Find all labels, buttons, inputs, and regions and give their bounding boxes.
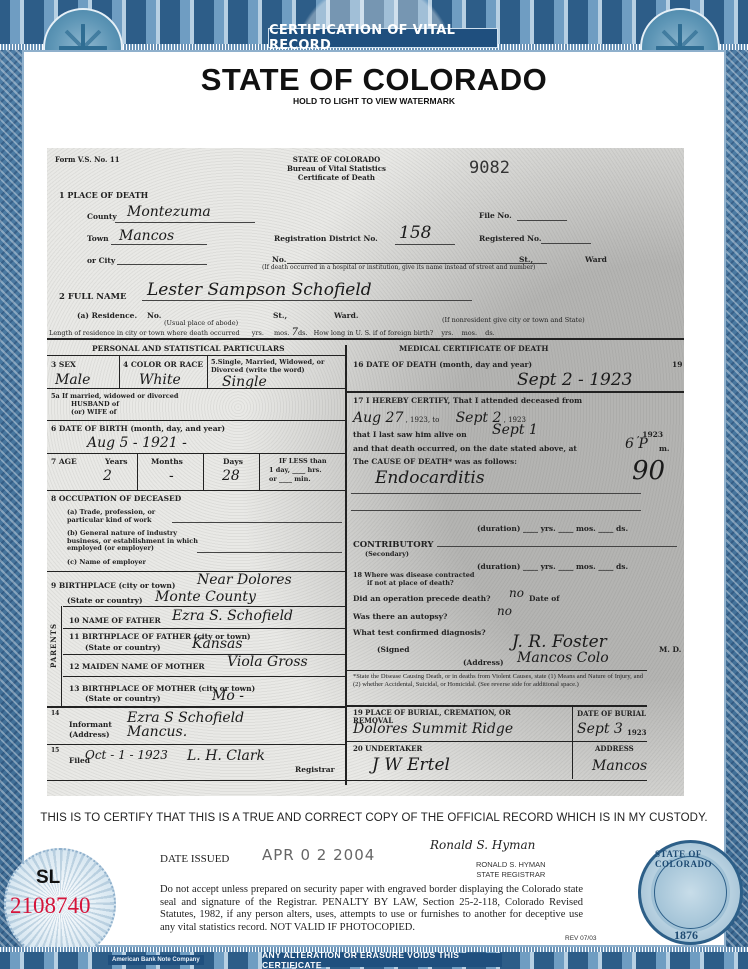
contracted-label: 18 Where was disease contracted if not a… <box>353 572 474 587</box>
informant-address-label: (Address) <box>69 730 110 739</box>
certification-statement: THIS IS TO CERTIFY THAT THIS IS A TRUE A… <box>0 812 748 824</box>
sex-label: 3 SEX <box>51 360 76 369</box>
cause-code: 90 <box>632 456 665 486</box>
months-label: Months <box>151 457 183 466</box>
birthplace-state-value: Monte County <box>155 589 256 605</box>
months-value: - <box>169 468 174 484</box>
parents-label: PARENTS <box>49 623 58 668</box>
place-of-death-label: 1 PLACE OF DEATH <box>59 190 148 200</box>
duration-row-2: (duration) ____ yrs. ____ mos. ____ ds. <box>477 562 628 571</box>
certify-label: 17 I HEREBY CERTIFY, That I attended dec… <box>353 396 582 405</box>
operation-label: Did an operation precede death? <box>353 594 490 603</box>
registered-no-label: Registered No. <box>479 234 541 243</box>
seal-year: 1876 <box>674 928 698 943</box>
burial-place-value: Dolores Summit Ridge <box>353 721 513 737</box>
registrar-name: RONALD S. HYMAN <box>476 860 546 870</box>
colorado-state-seal-icon: STATE OF COLORADO 1876 <box>638 840 743 945</box>
meridiem-label: m. <box>659 444 670 453</box>
date-issued-stamp: APR 0 2 2004 <box>262 846 375 864</box>
city-label: or City <box>87 256 115 265</box>
date-of-death-label: 16 DATE OF DEATH (month, day and year) <box>353 360 532 369</box>
town-value: Mancos <box>119 228 174 244</box>
abode-note: (Usual place of abode) <box>164 319 238 327</box>
undertaker-address-value: Mancos <box>592 758 647 774</box>
father-state-label: (State or country) <box>85 643 161 652</box>
dob-label: 6 DATE OF BIRTH (month, day, and year) <box>51 424 225 433</box>
ward-label: Ward <box>585 255 607 264</box>
marital-status-label: 5.Single, Married, Widowed, or Divorced … <box>211 358 341 374</box>
agency-line: Bureau of Vital Statistics <box>287 164 386 173</box>
registration-district-label: Registration District No. <box>274 234 378 243</box>
file-no-label: File No. <box>479 211 512 220</box>
form-number: Form V.S. No. 11 <box>55 155 120 164</box>
employer-label: (c) Name of employer <box>67 558 146 566</box>
seal-text: STATE OF COLORADO <box>655 849 740 869</box>
filed-number: 15 <box>51 747 59 754</box>
years-label: Years <box>105 457 128 466</box>
page-title: STATE OF COLORADO <box>0 62 748 98</box>
occupation-trade-label: (a) Trade, profession, or particular kin… <box>67 509 177 524</box>
death-certificate-scan: Form V.S. No. 11 STATE OF COLORADO Burea… <box>47 148 684 796</box>
full-name-label: 2 FULL NAME <box>59 292 127 302</box>
mother-state-label: (State or country) <box>85 694 161 703</box>
duration-row-1: (duration) ____ yrs. ____ mos. ____ ds. <box>477 524 628 533</box>
cause-footnote: *State the Disease Causing Death, or in … <box>353 673 643 688</box>
revision-code: REV 07/03 <box>565 935 596 942</box>
burial-year-value: 1923 <box>627 728 646 737</box>
registrar-signature: L. H. Clark <box>187 748 265 764</box>
mother-state-value: Mo - <box>212 688 244 704</box>
registration-district-value: 158 <box>399 223 431 243</box>
burial-date-value: Sept 3 <box>577 721 623 737</box>
last-saw-label: that I last saw him alive on <box>353 430 467 439</box>
father-state-value: Kansas <box>192 636 243 652</box>
death-time-value: 6 P <box>625 436 648 452</box>
father-value: Ezra S. Schofield <box>172 608 293 624</box>
watermark-note: HOLD TO LIGHT TO VIEW WATERMARK <box>0 96 748 106</box>
void-notice-banner: ANY ALTERATION OR ERASURE VOIDS THIS CER… <box>262 953 502 967</box>
residence-ward-label: Ward. <box>334 311 358 320</box>
informant-address-value: Mancus. <box>127 724 187 740</box>
undertaker-value: J W Ertel <box>372 755 450 775</box>
st-label: St., <box>519 255 533 264</box>
years-value: 2 <box>103 468 112 484</box>
signed-label: (Signed <box>377 645 410 654</box>
state-registrar-block: RONALD S. HYMAN STATE REGISTRAR <box>476 860 546 880</box>
father-label: 10 NAME OF FATHER <box>69 616 161 625</box>
birthplace-state-label: (State or country) <box>67 596 143 605</box>
operation-value: no <box>509 586 524 600</box>
medical-section-header: MEDICAL CERTIFICATE OF DEATH <box>399 344 548 353</box>
state-registrar-signature: Ronald S. Hyman <box>430 838 535 852</box>
residence-st-label: St., <box>273 311 287 320</box>
certificate-number: 9082 <box>469 158 510 178</box>
legal-warning: Do not accept unless prepared on securit… <box>160 884 583 934</box>
printer-label: American Bank Note Company <box>108 955 204 965</box>
if-less-than: IF LESS than 1 day, ____ hrs. or ____ mi… <box>269 457 327 484</box>
race-value: White <box>139 372 181 388</box>
county-label: County <box>87 212 117 221</box>
occupation-label: 8 OCCUPATION OF DECEASED <box>51 494 181 503</box>
mother-value: Viola Gross <box>227 654 308 670</box>
cause-label: The CAUSE OF DEATH* was as follows: <box>353 457 517 466</box>
days-label: Days <box>223 457 243 466</box>
autopsy-label: Was there an autopsy? <box>353 612 447 621</box>
test-label: What test confirmed diagnosis? <box>353 628 486 637</box>
birthplace-city-value: Near Dolores <box>197 572 292 588</box>
physician-signature: J. R. Foster <box>512 632 607 652</box>
date-of-death-value: Sept 2 - 1923 <box>517 370 632 390</box>
certification-banner: CERTIFICATION OF VITAL RECORD <box>268 28 498 48</box>
street-no-label: No. <box>272 255 286 264</box>
contributory-label: CONTRIBUTORY <box>353 540 434 550</box>
column-divider <box>345 345 347 785</box>
cause-value: Endocarditis <box>375 468 485 488</box>
undertaker-address-label: ADDRESS <box>595 744 634 753</box>
undertaker-label: 20 UNDERTAKER <box>353 744 422 753</box>
md-label: M. D. <box>659 645 681 654</box>
burial-date-label: DATE OF BURIAL <box>577 709 646 718</box>
days-value: 28 <box>222 468 240 484</box>
filed-date-value: Oct - 1 - 1923 <box>85 748 168 762</box>
agency-header: STATE OF COLORADO Bureau of Vital Statis… <box>287 155 386 182</box>
physician-address-value: Mancos Colo <box>517 650 609 666</box>
physician-address-label: (Address) <box>463 658 504 667</box>
occupation-industry-label: (b) General nature of industry business,… <box>67 530 202 553</box>
date-issued-label: DATE ISSUED <box>160 853 229 865</box>
registrar-label: Registrar <box>295 765 335 774</box>
agency-line: STATE OF COLORADO <box>287 155 386 164</box>
last-saw-value: Sept 1 <box>492 422 538 438</box>
mother-label: 12 MAIDEN NAME OF MOTHER <box>69 662 205 671</box>
informant-label: Informant <box>69 720 112 729</box>
sex-value: Male <box>55 372 90 388</box>
bottom-border-band: American Bank Note Company ANY ALTERATIO… <box>0 947 748 969</box>
death-time-label: and that death occurred, on the date sta… <box>353 444 577 453</box>
age-label: 7 AGE <box>51 457 77 466</box>
operation-date-label: Date of <box>529 594 559 603</box>
length-of-residence: Length of residence in city or town wher… <box>49 327 495 338</box>
nonresident-note: (If nonresident give city or town and St… <box>442 316 585 324</box>
year-prefix: 19 <box>672 360 682 369</box>
hospital-note: (If death occurred in a hospital or inst… <box>262 264 535 271</box>
secondary-label: (Secondary) <box>365 550 409 558</box>
agency-line: Certificate of Death <box>287 173 386 182</box>
dob-value: Aug 5 - 1921 - <box>87 435 187 451</box>
spouse-label: 5a If married, widowed or divorced HUSBA… <box>51 392 178 416</box>
personal-section-header: PERSONAL AND STATISTICAL PARTICULARS <box>92 344 285 353</box>
residence-label: (a) Residence. <box>77 311 137 320</box>
informant-number: 14 <box>51 710 59 717</box>
serial-number: 2108740 <box>10 893 91 919</box>
residence-no-label: No. <box>147 311 161 320</box>
autopsy-value: no <box>497 604 512 618</box>
town-label: Town <box>87 234 109 243</box>
seal-prefix: SL <box>36 867 60 889</box>
race-label: 4 COLOR OR RACE <box>123 360 203 369</box>
registrar-title: STATE REGISTRAR <box>476 870 546 880</box>
full-name-value: Lester Sampson Schofield <box>147 280 372 300</box>
county-value: Montezuma <box>127 204 211 220</box>
